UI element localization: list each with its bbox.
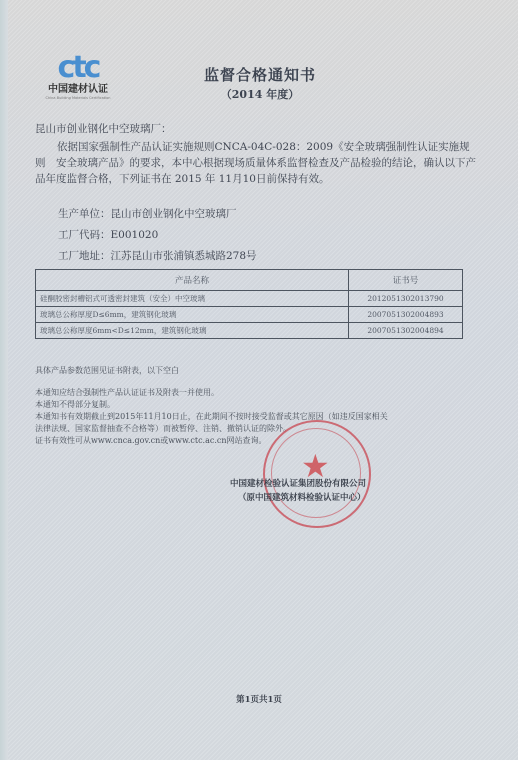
body-paragraph: 依据国家强制性产品认证实施规则CNCA-04C-028：2009《安全玻璃强制性…: [35, 139, 480, 187]
logo-mark: ctc: [42, 54, 114, 82]
field-value: E001020: [111, 229, 159, 241]
field-label: 工厂地址：: [58, 250, 111, 262]
note-line: 本通知应结合强制性产品认证证书及附表一并使用。: [35, 387, 219, 400]
ctc-logo: ctc 中国建材认证 China Building Materials Cert…: [42, 54, 114, 104]
issuer-org: 中国建材检验认证集团股份有限公司: [230, 477, 366, 491]
product-name: 玻璃总公称厚度6mm<D≤12mm，建筑钢化玻璃: [36, 323, 349, 339]
addressee: 昆山市创业钢化中空玻璃厂：: [35, 121, 172, 137]
cert-number: 2007051302004893: [349, 307, 463, 323]
field-value: 昆山市创业钢化中空玻璃厂: [111, 208, 237, 220]
logo-name-cn: 中国建材认证: [42, 84, 114, 96]
cert-number: 2007051302004894: [349, 323, 463, 339]
page-number: 第1页共1页: [200, 693, 318, 705]
scan-edge: [0, 0, 8, 760]
product-table: 产品名称 证书号 硅酮胶密封槽铝式可透密封建筑（安全）中空玻璃 20120513…: [35, 269, 463, 339]
document-title: 监督合格通知书: [190, 64, 330, 85]
document-page: [0, 0, 518, 760]
note-line: 本通知不得部分复制。: [35, 399, 115, 412]
issuer-org-former: （原中国建筑材料检验认证中心）: [238, 491, 366, 505]
table-row: 硅酮胶密封槽铝式可透密封建筑（安全）中空玻璃 2012051302013790: [36, 291, 463, 307]
field-label: 工厂代码：: [58, 229, 111, 241]
field-label: 生产单位：: [58, 208, 111, 220]
table-row: 玻璃总公称厚度D≤6mm，建筑钢化玻璃 2007051302004893: [36, 307, 463, 323]
official-seal: ★: [263, 420, 371, 528]
field-factory-code: 工厂代码：E001020: [58, 227, 158, 243]
note-line: 证书有效性可从www.cnca.gov.cn或www.ctc.ac.cn网站查询…: [35, 435, 267, 448]
field-value: 江苏昆山市张浦镇悉城路278号: [111, 250, 257, 262]
field-factory-address: 工厂地址：江苏昆山市张浦镇悉城路278号: [58, 248, 257, 264]
header-cert-number: 证书号: [349, 270, 463, 291]
product-name: 玻璃总公称厚度D≤6mm，建筑钢化玻璃: [36, 307, 349, 323]
document-subtitle: （2014 年度）: [190, 86, 330, 102]
product-name: 硅酮胶密封槽铝式可透密封建筑（安全）中空玻璃: [36, 291, 349, 307]
logo-name-en: China Building Materials Certification: [42, 96, 114, 101]
note-blank: 具体产品参数范围见证书附表，以下空白: [35, 365, 179, 378]
header-product-name: 产品名称: [36, 270, 349, 291]
table-row: 玻璃总公称厚度6mm<D≤12mm，建筑钢化玻璃 200705130200489…: [36, 323, 463, 339]
note-line: 法律法规、国家监督抽查不合格等）而被暂停、注销、撤销认证的除外。: [35, 423, 291, 436]
note-line: 本通知书有效期截止到2015年11月10日止，在此期间不按时接受监督或其它原因（…: [35, 411, 388, 424]
field-producer: 生产单位：昆山市创业钢化中空玻璃厂: [58, 206, 237, 222]
cert-number: 2012051302013790: [349, 291, 463, 307]
table-header-row: 产品名称 证书号: [36, 270, 463, 291]
